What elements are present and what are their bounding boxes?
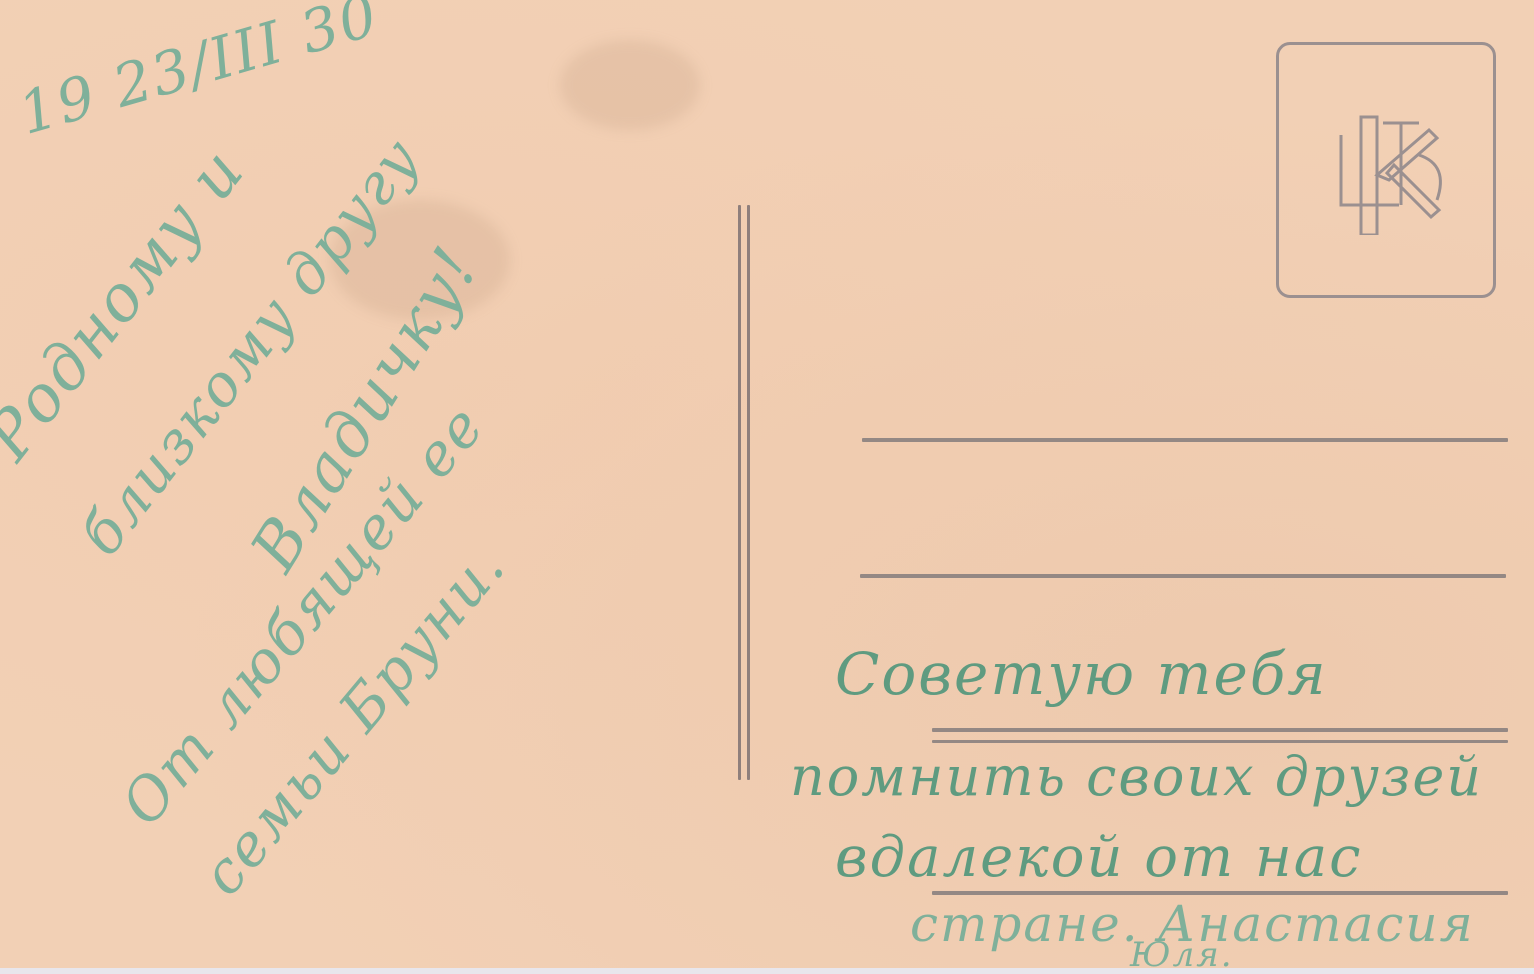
right-message-line-3: вдалекой от нас [835, 825, 1363, 890]
publisher-monogram-icon [1339, 105, 1449, 235]
right-message-line-2: помнить своих друзей [790, 745, 1483, 808]
postcard-back: 19 23/III 30 Родному и близкому другу Вл… [0, 0, 1534, 968]
address-line-1 [862, 438, 1508, 442]
scan-edge [0, 968, 1534, 974]
address-line-3b [932, 740, 1508, 743]
stamp-box [1276, 42, 1496, 298]
address-line-3 [932, 728, 1508, 732]
date-handwritten: 19 23/III 30 [11, 0, 386, 148]
right-message-line-1: Советую тебя [835, 640, 1328, 708]
center-divider-line [738, 205, 741, 780]
center-divider-line [747, 205, 750, 780]
paper-stain [560, 40, 700, 130]
address-line-2 [860, 574, 1506, 578]
